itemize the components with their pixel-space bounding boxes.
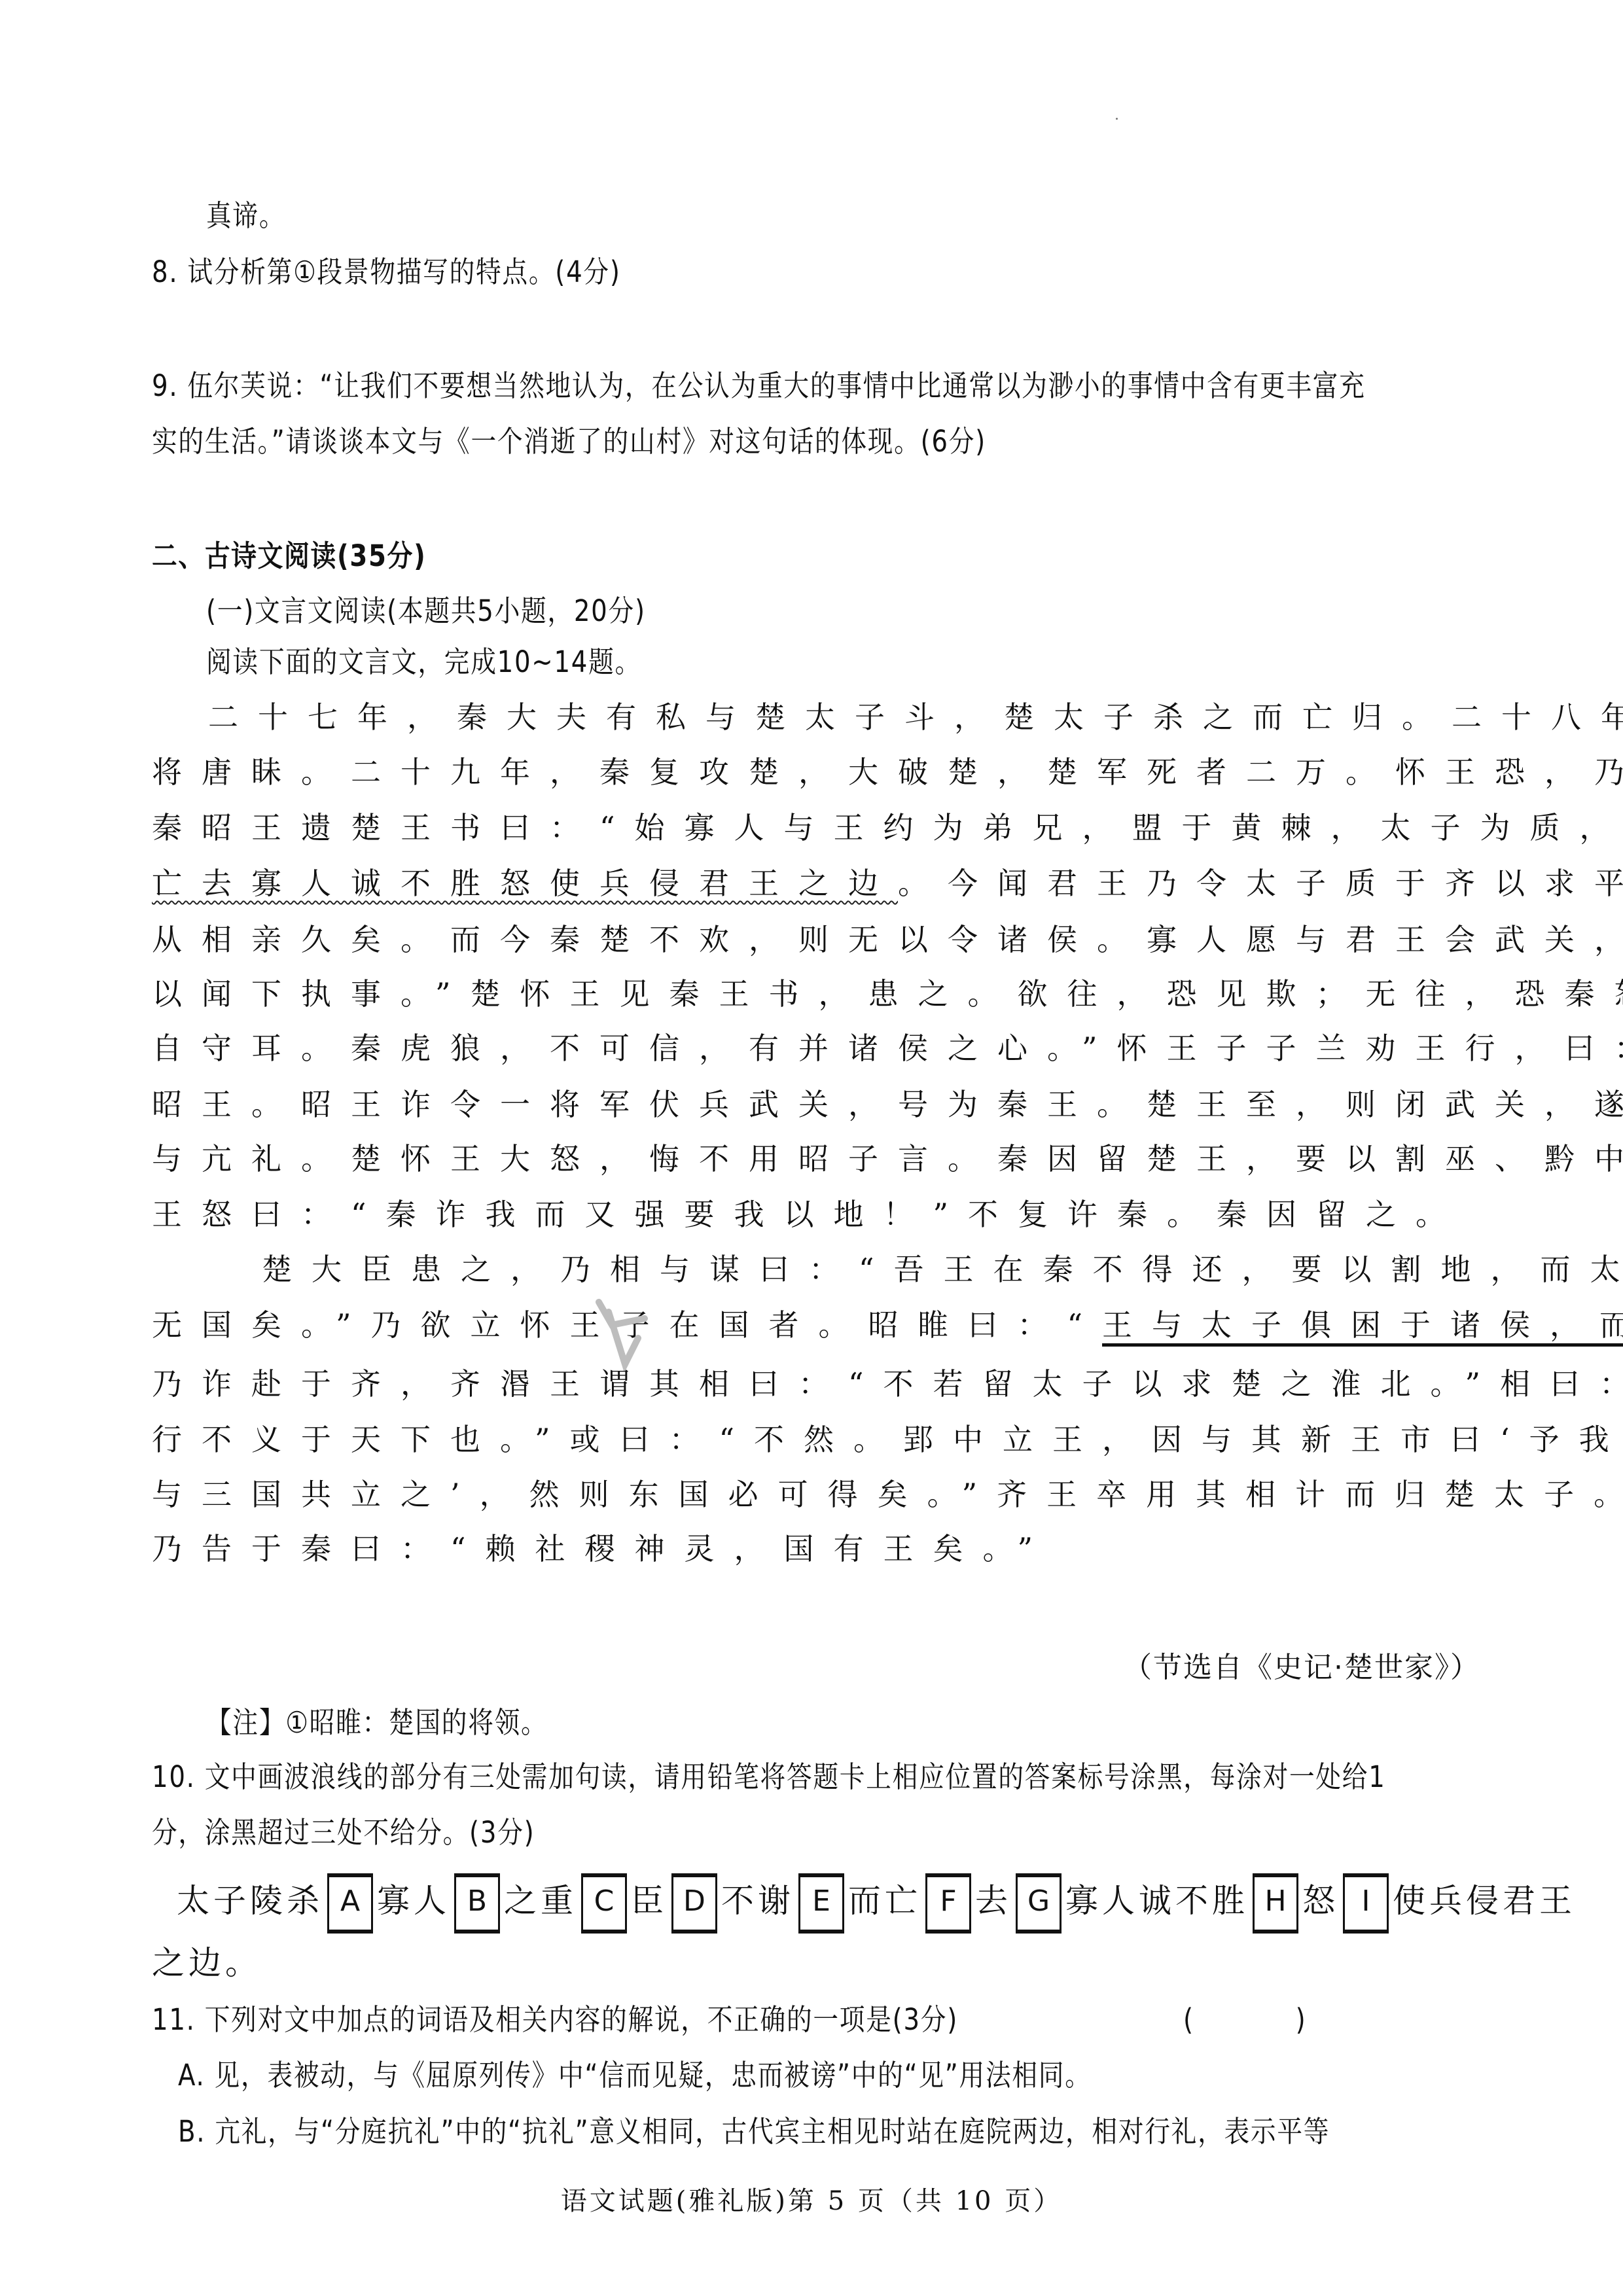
option-box-g[interactable]: G [1016, 1873, 1061, 1934]
watermark-icon [592, 1299, 651, 1371]
question-8: 8. 试分析第①段景物描写的特点。(4分) [152, 253, 621, 292]
passage-source: （节选自《史记·楚世家》） [152, 1648, 1480, 1687]
passage-line: 亡去寡人诚不胜怒使兵侵君王之边。今闻君王乃令太子质于齐以求平。寡人与楚接境壤界，… [152, 864, 1623, 903]
option-box-b[interactable]: B [454, 1873, 500, 1934]
passage-line: 王怒曰：“秦诈我而又强要我以地！”不复许秦。秦因留之。 [152, 1195, 1465, 1234]
passage-line: 与三国共立之’，然则东国必可得矣。”齐王卒用其相计而归楚太子。太子横至，立为王，… [152, 1475, 1623, 1514]
question-9-line-1: 9. 伍尔芙说：“让我们不要想当然地认为，在公认为重大的事情中比通常以为渺小的事… [152, 366, 1366, 406]
answer-paren-open: ( [1183, 2002, 1194, 2037]
passage-note: 【注】①昭睢：楚国的将领。 [206, 1703, 547, 1742]
option-box-a[interactable]: A [327, 1873, 373, 1934]
page-footer: 语文试题(雅礼版)第 5 页（共 10 页） [0, 2181, 1623, 2221]
passage-line: 乃告于秦曰：“赖社稷神灵，国有王矣。” [152, 1529, 1052, 1568]
option-box-i[interactable]: I [1343, 1873, 1389, 1934]
passage-line: 二十七年，秦大夫有私与楚太子斗，楚太子杀之而亡归。二十八年，秦乃与齐、韩、魏共攻… [208, 698, 1623, 737]
passage-line: 从相亲久矣。而今秦楚不欢，则无以令诸侯。寡人愿与君王会武关，面相约，结盟而去，寡… [152, 920, 1623, 959]
passage-line: 楚大臣患之，乃相与谋曰：“吾王在秦不得还，要以割地，而太子为质于齐，齐、秦合谋，… [262, 1250, 1623, 1289]
option-box-c[interactable]: C [581, 1873, 627, 1934]
passage-line: 乃诈赴于齐，齐湣王谓其相曰：“不若留太子以求楚之淮北。”相曰：“不可，郢中立王，… [152, 1364, 1623, 1404]
underlined-text: 王与太子俱困于诸侯，而今又倍王命而立其庶子，不宜。” [1102, 1307, 1623, 1343]
question-11-stem: 11. 下列对文中加点的词语及相关内容的解说，不正确的一项是(3分)() [152, 2000, 1307, 2040]
continuation-text: 真谛。 [206, 196, 285, 236]
question-10-line-2: 分，涂黑超过三处不给分。(3分) [152, 1813, 535, 1852]
passage-line: 自守耳。秦虎狼，不可信，有并诸侯之心。”怀王子子兰劝王行，曰：“奈何绝秦之欢心！… [152, 1029, 1623, 1068]
passage-line: 秦昭王遗楚王书曰：“始寡人与王约为弟兄，盟于黄棘，太子为质，至欢也。太子陵杀寡人… [152, 808, 1623, 847]
punctuation-line-tail: 之边。 [152, 1943, 262, 1983]
wavy-underlined-text: 亡去寡人诚不胜怒使兵侵君王之边 [152, 866, 898, 901]
question-11-option-a: A. 见，表被动，与《屈原列传》中“信而见疑，忠而被谤”中的“见”用法相同。 [178, 2056, 1092, 2095]
instruction-text: 阅读下面的文言文，完成10~14题。 [206, 643, 641, 682]
question-10-line-1: 10. 文中画波浪线的部分有三处需加句读，请用铅笔将答题卡上相应位置的答案标号涂… [152, 1757, 1386, 1797]
question-11-option-b: B. 亢礼，与“分庭抗礼”中的“抗礼”意义相同，古代宾主相见时站在庭院两边，相对… [178, 2112, 1330, 2151]
subsection-title: (一)文言文阅读(本题共5小题，20分) [206, 592, 646, 631]
option-box-e[interactable]: E [798, 1873, 844, 1934]
passage-line: 与亢礼。楚怀王大怒，悔不用昭子言。秦因留楚王，要以割巫、黔中之郡。楚王欲盟，秦欲… [152, 1139, 1623, 1178]
passage-line: 行不义于天下也。”或曰：“不然。郢中立王，因与其新王市曰‘予我下东国，吾为王杀太… [152, 1420, 1623, 1459]
answer-paren-close: ) [1296, 2002, 1307, 2037]
option-box-h[interactable]: H [1253, 1873, 1298, 1934]
passage-line: 无国矣。”乃欲立怀王子在国者。昭睢曰：“王与太子俱困于诸侯，而今又倍王命而立其庶… [152, 1305, 1623, 1345]
option-box-d[interactable]: D [671, 1873, 717, 1934]
passage-line: 以闻下执事。”楚怀王见秦王书，患之。欲往，恐见欺；无往，恐秦怒”。昭睢①曰：“王… [152, 974, 1623, 1014]
punctuation-choice-line: 太子陵杀A寡人B之重C臣D不谢E而亡F去G寡人诚不胜H怒I使兵侵君王 [177, 1871, 1576, 1934]
passage-line: 将唐眛。二十九年，秦复攻楚，大破楚，楚军死者二万。怀王恐，乃使太子为质于齐以求平… [152, 752, 1623, 792]
passage-line: 昭王。昭王诈令一将军伏兵武关，号为秦王。楚王至，则闭武关，遂与西至咸阳，朝章台，… [152, 1085, 1623, 1124]
question-9-line-2: 实的生活。”请谈谈本文与《一个消逝了的山村》对这句话的体现。(6分) [152, 422, 986, 461]
section-title: 二、古诗文阅读(35分) [152, 537, 426, 576]
option-box-f[interactable]: F [925, 1873, 971, 1934]
scan-speck [1116, 118, 1118, 120]
